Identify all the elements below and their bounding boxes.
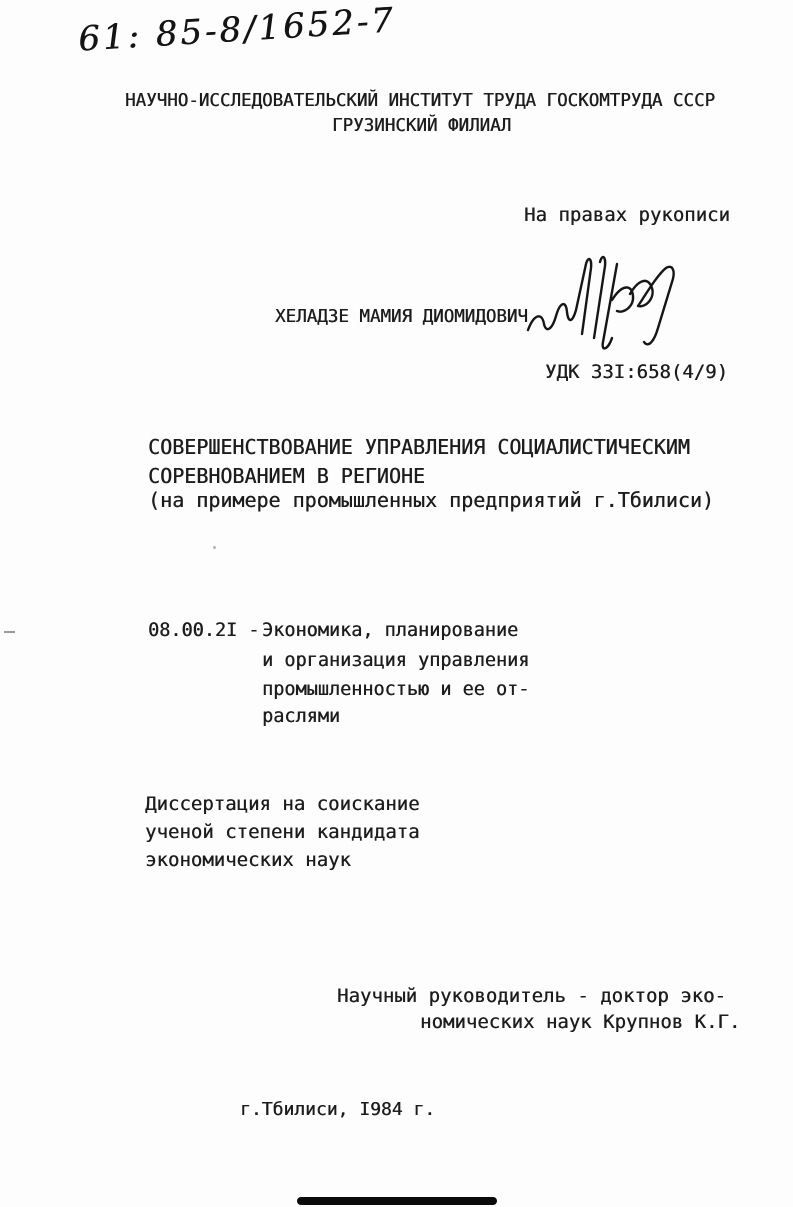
scanned-document-page: 61: 85-8/1652-7 НАУЧНО-ИССЛЕДОВАТЕЛЬСКИЙ… <box>0 0 793 1207</box>
dissertation-title-line3: (на примере промышленных предприятий г.Т… <box>148 490 714 510</box>
specialty-line3: промышленностью и ее от- <box>262 681 529 700</box>
specialty-line4: раслями <box>262 708 340 727</box>
author-signature-icon <box>520 250 700 360</box>
supervisor-line1: Научный руководитель - доктор эко- <box>337 987 726 1006</box>
udc-code: УДК 33I:658(4/9) <box>545 363 728 382</box>
supervisor-line2: номических наук Крупнов К.Г. <box>420 1013 740 1032</box>
city-year: г.Тбилиси, I984 г. <box>240 1101 435 1119</box>
margin-mark <box>4 631 15 633</box>
manuscript-rights-note: На правах рукописи <box>524 206 730 225</box>
institute-name-line2: ГРУЗИНСКИЙ ФИЛИАЛ <box>332 118 511 136</box>
institute-name-line1: НАУЧНО-ИССЛЕДОВАТЕЛЬСКИЙ ИНСТИТУТ ТРУДА … <box>125 93 715 111</box>
specialty-line2: и организация управления <box>262 652 529 671</box>
thesis-statement-line3: экономических наук <box>145 851 351 870</box>
thesis-statement-line2: ученой степени кандидата <box>145 823 420 842</box>
dissertation-title-line2: СОРЕВНОВАНИЕМ В РЕГИОНЕ <box>148 466 425 486</box>
home-indicator[interactable] <box>297 1197 497 1205</box>
scan-speck <box>213 546 216 549</box>
thesis-statement-line1: Диссертация на соискание <box>145 795 420 814</box>
specialty-code: 08.00.2I - <box>148 622 259 641</box>
inventory-number-handwritten: 61: 85-8/1652-7 <box>77 0 397 59</box>
specialty-line1: Экономика, планирование <box>262 622 518 641</box>
dissertation-title-line1: СОВЕРШЕНСТВОВАНИЕ УПРАВЛЕНИЯ СОЦИАЛИСТИЧ… <box>148 437 690 457</box>
author-name: ХЕЛАДЗЕ МАМИЯ ДИОМИДОВИЧ <box>275 309 528 327</box>
